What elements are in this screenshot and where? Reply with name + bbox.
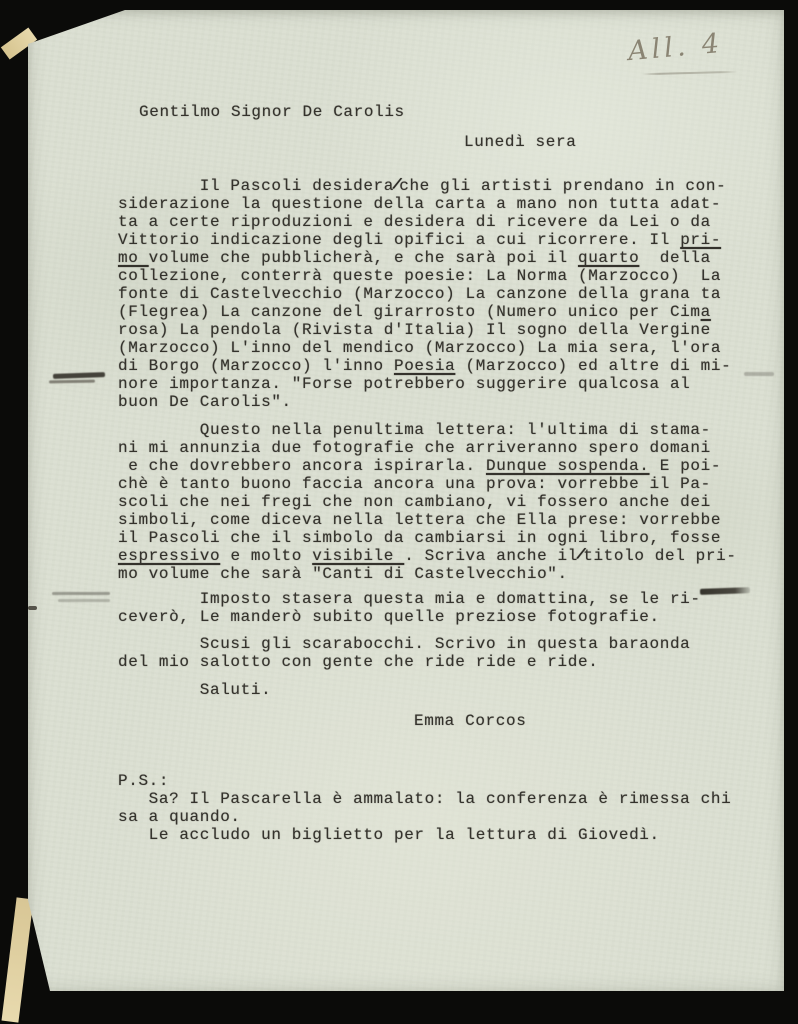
letter-line: simboli, come diceva nella lettera che E… xyxy=(118,511,737,529)
letter-line: fonte di Castelvecchio (Marzocco) La can… xyxy=(118,285,731,303)
letter-line: chè è tanto buono faccia ancora una prov… xyxy=(118,475,737,493)
scan-background: { "annotation": { "text": "All. 4" }, "l… xyxy=(0,0,798,1024)
letter-line: Imposto stasera questa mia e domattina, … xyxy=(118,590,701,608)
ink-mark-left-edge xyxy=(28,606,37,610)
letter-line: di Borgo (Marzocco) l'inno Poesia (Marzo… xyxy=(118,357,731,375)
paragraph: Scusi gli scarabocchi. Scrivo in questa … xyxy=(118,635,690,671)
ink-smudge-right xyxy=(700,587,750,595)
ink-smudge-left-lower xyxy=(52,592,110,595)
pencil-underline-mark xyxy=(642,71,738,76)
letter-line: mo volume che sarà "Canti di Castelvecch… xyxy=(118,565,737,583)
letter-line: ni mi annunzia due fotografie che arrive… xyxy=(118,439,737,457)
dateline: Lunedì sera xyxy=(464,133,576,151)
letter-line: (Marzocco) L'inno del mendico (Marzocco)… xyxy=(118,339,731,357)
paragraph: Saluti. xyxy=(118,681,271,699)
letter-line: del mio salotto con gente che ride ride … xyxy=(118,653,690,671)
signature-line: Emma Corcos xyxy=(414,712,526,730)
attachment-annotation: All. 4 xyxy=(627,28,724,67)
letter-line: Il Pascoli desidera/che gli artisti pren… xyxy=(118,177,731,195)
letter-line: rosa) La pendola (Rivista d'Italia) Il s… xyxy=(118,321,731,339)
letter-line: e che dovrebbero ancora ispirarla. Dunqu… xyxy=(118,457,737,475)
letter-line: ceverò, Le manderò subito quelle prezios… xyxy=(118,608,701,626)
paragraph: Il Pascoli desidera/che gli artisti pren… xyxy=(118,177,731,411)
paragraph: P.S.: Sa? Il Pascarella è ammalato: la c… xyxy=(118,772,731,844)
letter-line: Le accludo un biglietto per la lettura d… xyxy=(118,826,731,844)
letter-line: espressivo e molto visibile . Scriva anc… xyxy=(118,547,737,565)
ink-smudge-right-faint xyxy=(744,372,774,376)
letter-line: Vittorio indicazione degli opifici a cui… xyxy=(118,231,731,249)
underlying-page-edge xyxy=(2,897,34,1022)
salutation-line: Gentilmo Signor De Carolis xyxy=(139,103,405,121)
ink-smudge-left-lower-2 xyxy=(58,599,110,602)
letter-line: il Pascoli che il simbolo da cambiarsi i… xyxy=(118,529,737,547)
letter-line: Scusi gli scarabocchi. Scrivo in questa … xyxy=(118,635,690,653)
letter-line: nore importanza. "Forse potrebbero sugge… xyxy=(118,375,731,393)
letter-line: (Flegrea) La canzone del girarrosto (Num… xyxy=(118,303,731,321)
letter-line: Saluti. xyxy=(118,681,271,699)
paragraph: Imposto stasera questa mia e domattina, … xyxy=(118,590,701,626)
letter-line: ta a certe riproduzioni e desidera di ri… xyxy=(118,213,731,231)
letter-line: mo volume che pubblicherà, e che sarà po… xyxy=(118,249,731,267)
letter-line: collezione, conterrà queste poesie: La N… xyxy=(118,267,731,285)
letter-line: Questo nella penultima lettera: l'ultima… xyxy=(118,421,737,439)
letter-paper: All. 4 Gentilmo Signor De Carolis Lunedì… xyxy=(28,10,784,991)
ink-smudge-left-upper xyxy=(53,372,105,379)
ink-smudge-left-upper-2 xyxy=(49,380,95,384)
letter-line: buon De Carolis". xyxy=(118,393,731,411)
letter-line: siderazione la questione della carta a m… xyxy=(118,195,731,213)
letter-line: sa a quando. xyxy=(118,808,731,826)
paragraph: Questo nella penultima lettera: l'ultima… xyxy=(118,421,737,583)
letter-line: Sa? Il Pascarella è ammalato: la confere… xyxy=(118,790,731,808)
letter-line: scoli che nei fregi che non cambiano, vi… xyxy=(118,493,737,511)
letter-line: P.S.: xyxy=(118,772,731,790)
